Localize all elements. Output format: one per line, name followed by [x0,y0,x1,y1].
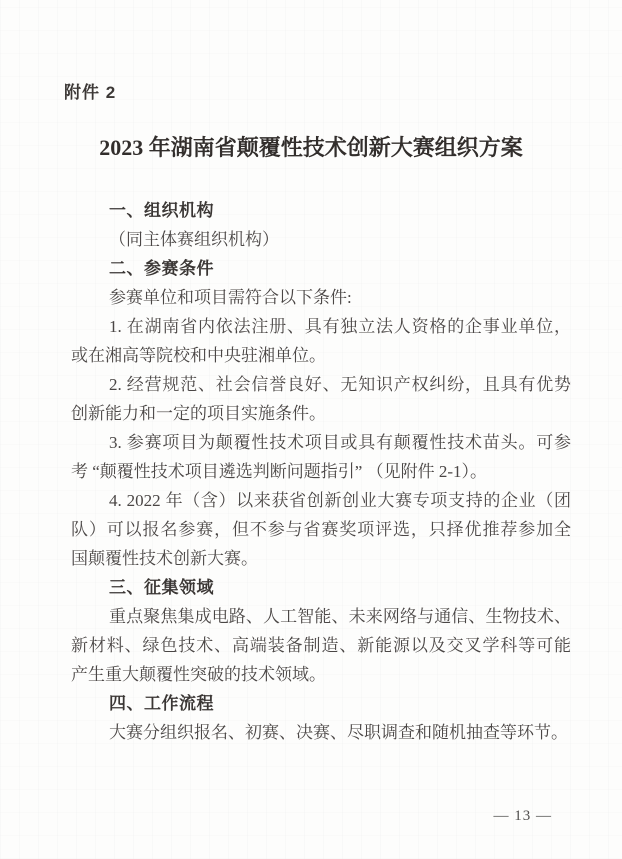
section-heading: 二、参赛条件 [71,254,571,283]
body-line: 重点聚焦集成电路、人工智能、未来网络与通信、生物技术、 [71,602,571,631]
section-heading: 一、组织机构 [71,196,571,225]
body-line: 考 “颠覆性技术项目遴选判断问题指引” （见附件 2-1）。 [71,457,571,486]
body-line: 3. 参赛项目为颠覆性技术项目或具有颠覆性技术苗头。可参 [71,428,571,457]
section-heading: 四、工作流程 [71,689,571,718]
body-line: 产生重大颠覆性突破的技术领域。 [71,660,571,689]
body-line: 或在湘高等院校和中央驻湘单位。 [71,341,571,370]
body-line: 参赛单位和项目需符合以下条件: [71,283,571,312]
body-line: 国颠覆性技术创新大赛。 [71,544,571,573]
page-number: — 13 — [494,806,553,826]
section-heading: 三、征集领域 [71,573,571,602]
body-line: 新材料、绿色技术、高端装备制造、新能源以及交叉学科等可能 [71,631,571,660]
body-line: 创新能力和一定的项目实施条件。 [71,399,571,428]
body-line: 队）可以报名参赛，但不参与省赛奖项评选，只择优推荐参加全 [71,515,571,544]
attachment-label: 附件 2 [64,82,116,104]
body-line: （同主体赛组织机构） [71,225,571,254]
body-line: 大赛分组织报名、初赛、决赛、尽职调查和随机抽查等环节。 [71,718,571,747]
document-body: 一、组织机构（同主体赛组织机构）二、参赛条件参赛单位和项目需符合以下条件:1. … [71,196,571,747]
body-line: 4. 2022 年（含）以来获省创新创业大赛专项支持的企业（团 [71,486,571,515]
body-line: 1. 在湖南省内依法注册、具有独立法人资格的企事业单位， [71,312,571,341]
body-line: 2. 经营规范、社会信誉良好、无知识产权纠纷，且具有优势 [71,370,571,399]
scanned-document-page: 附件 2 2023 年湖南省颠覆性技术创新大赛组织方案 一、组织机构（同主体赛组… [0,0,622,859]
document-title: 2023 年湖南省颠覆性技术创新大赛组织方案 [0,131,622,165]
